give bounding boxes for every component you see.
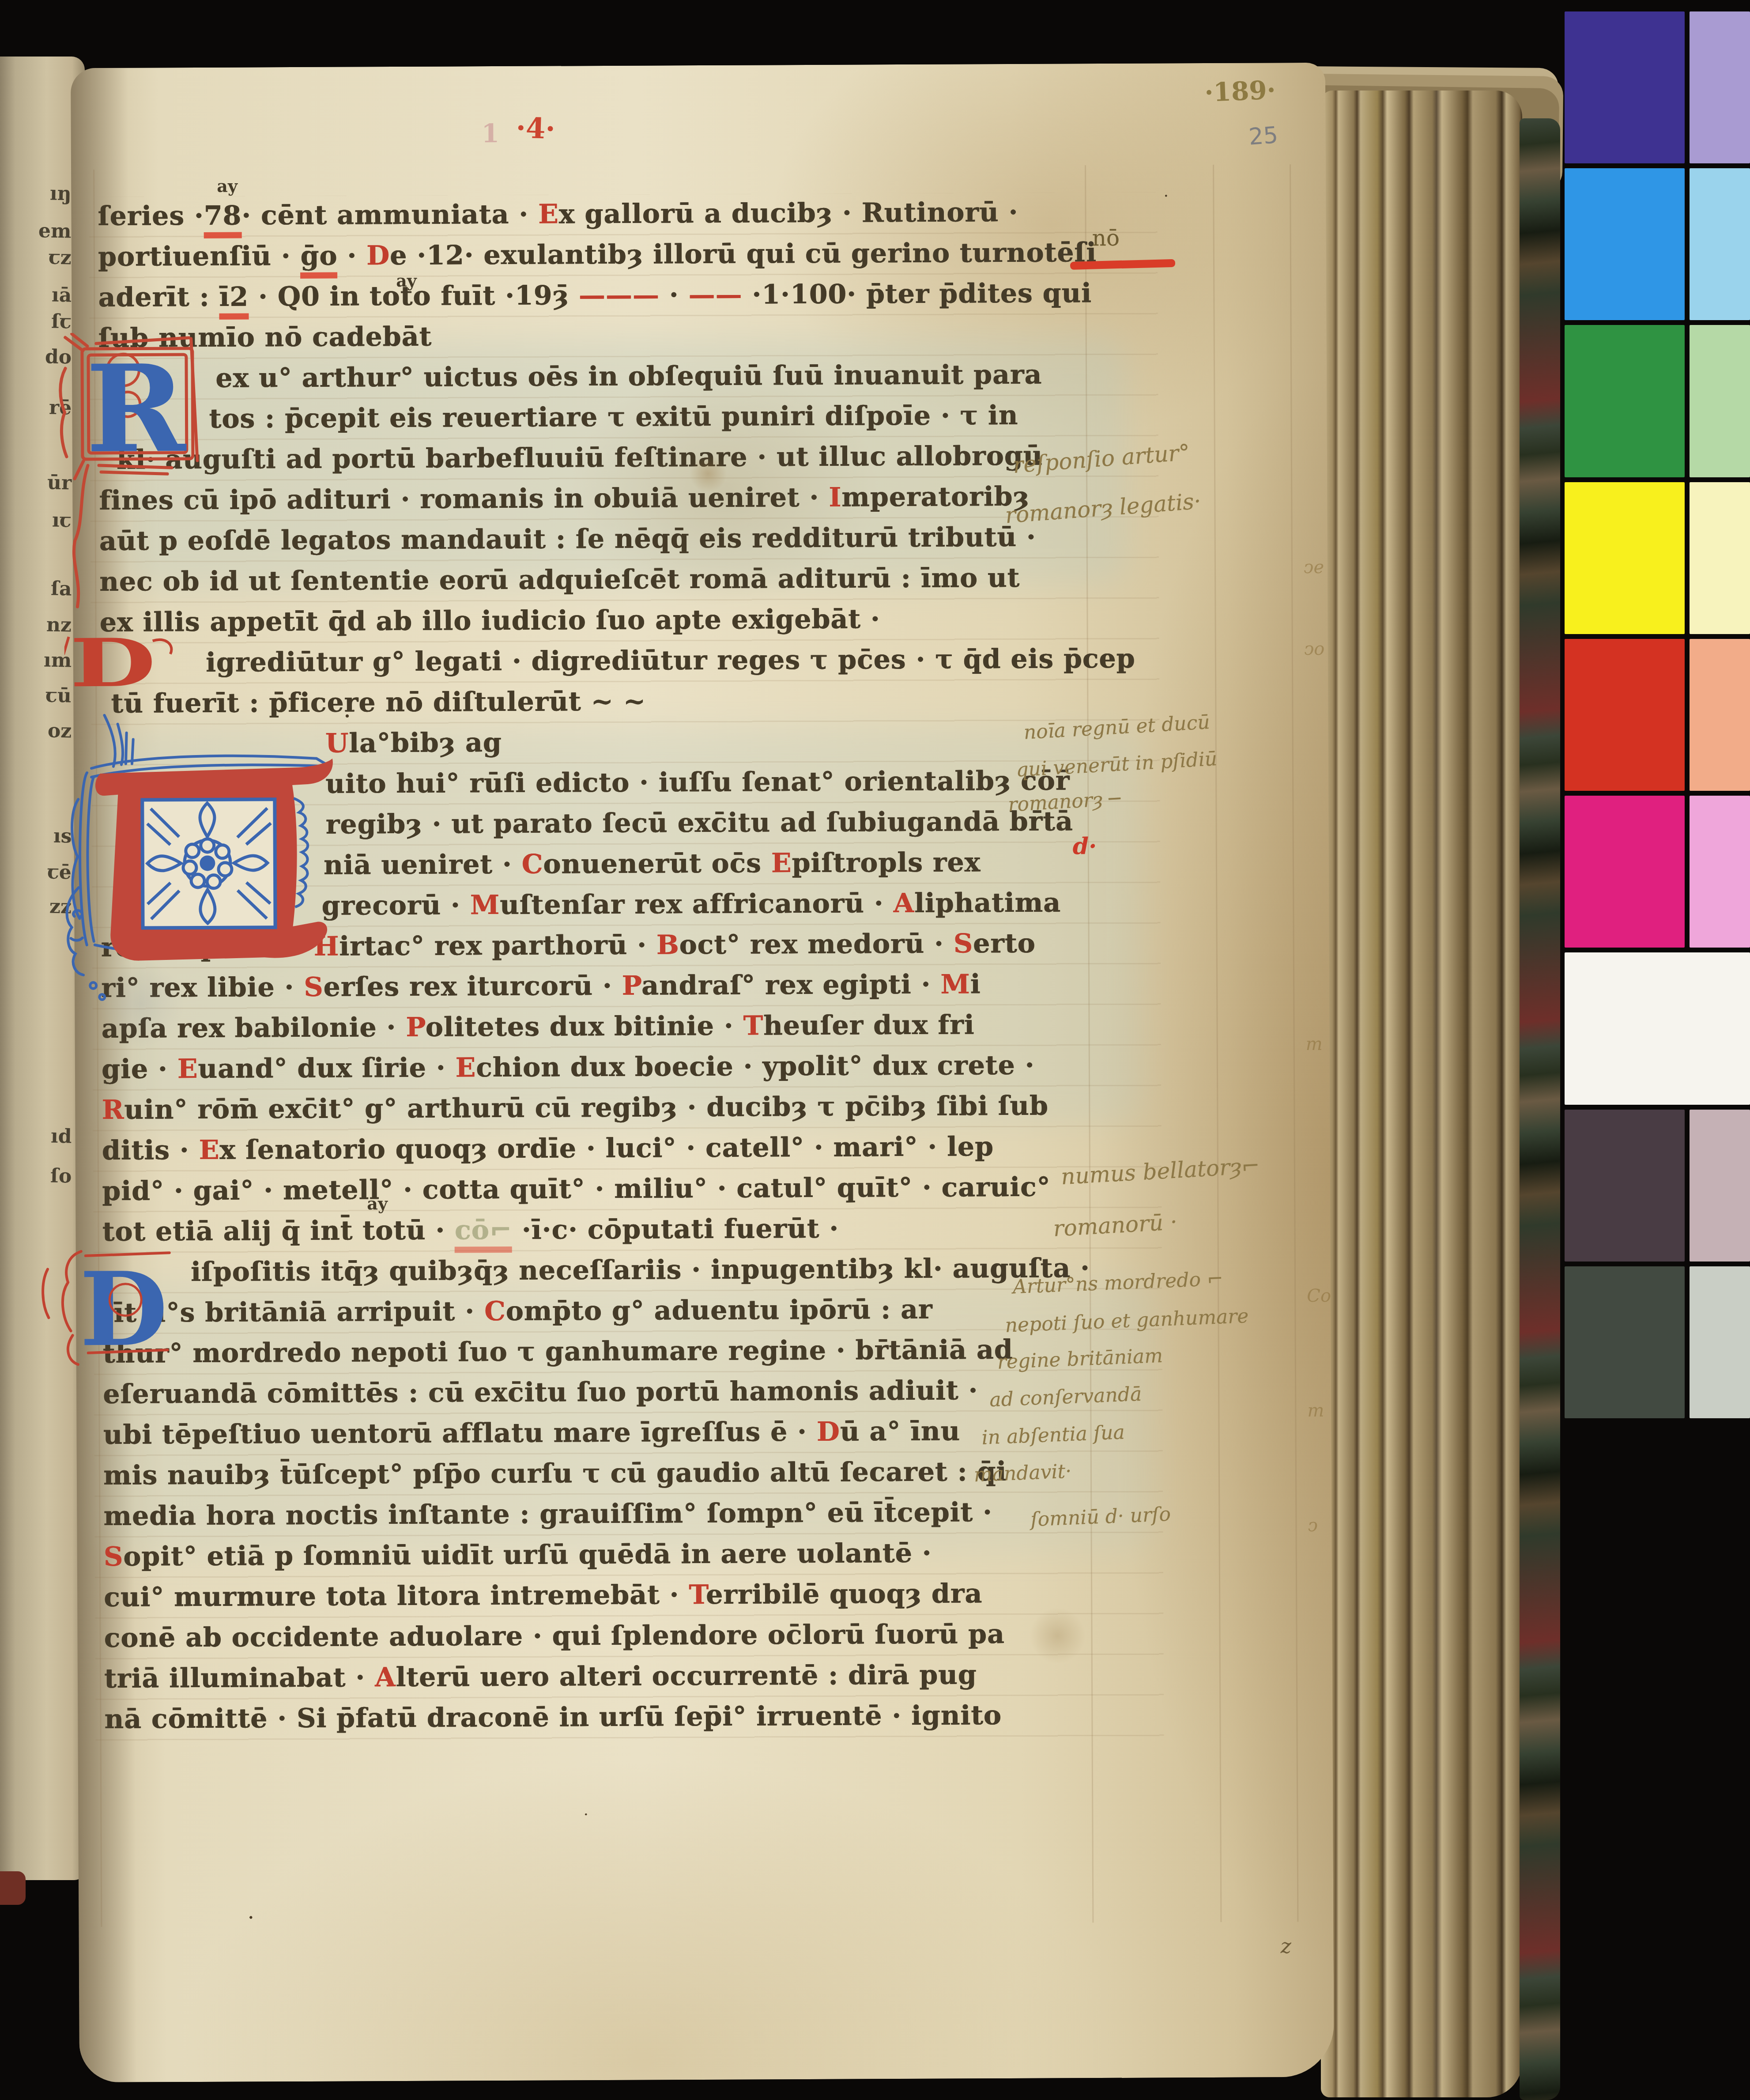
color-chart-row bbox=[1565, 168, 1750, 320]
facing-page-red-edge bbox=[0, 1871, 26, 1905]
rubricated-letter: P bbox=[622, 971, 641, 1001]
text-segment: gie · bbox=[102, 1054, 177, 1085]
color-patch-solid bbox=[1565, 482, 1685, 634]
edge-ink-fragment: m bbox=[1306, 1034, 1323, 1054]
color-chart-row bbox=[1565, 796, 1750, 948]
text-line: aūt p eoſdē legatos mandauit : ſe nēqq̄ … bbox=[99, 516, 1159, 561]
color-patch-tint bbox=[1690, 168, 1750, 320]
svg-text:D: D bbox=[70, 627, 156, 702]
initial-D-red: D bbox=[64, 627, 197, 703]
rubricated-letter: E bbox=[177, 1054, 198, 1084]
text-line: ſub numīo nō cadebāt bbox=[98, 313, 1158, 358]
initial-D-blue: D bbox=[37, 1242, 183, 1366]
facing-page-text-fragment: em bbox=[38, 219, 72, 242]
quire-mark-faint: 1 bbox=[482, 118, 500, 148]
text-segment: x ſenatorio quoqȝ ordīe · luci° · catell… bbox=[219, 1131, 994, 1166]
text-segment: mperatoribȝ bbox=[841, 481, 1030, 513]
marbled-cover-edge bbox=[1520, 118, 1560, 2100]
text-segment: la°bibȝ ag bbox=[349, 727, 502, 759]
margin-note-nomina: noīa regnū et ducūqui venerūt in pſidiūr… bbox=[71, 63, 1325, 68]
text-line: nec ob id ut ſententie eorū adquieſcēt r… bbox=[99, 557, 1159, 602]
text-line: ex illis appetīt q̄d ab illo iudicio ſuo… bbox=[99, 597, 1159, 642]
svg-text:R: R bbox=[86, 339, 188, 480]
margin-note-responsio: reſponſio artur°romanorȝ legatis· bbox=[71, 63, 1325, 68]
facing-page-text-fragment: ſꞇ bbox=[51, 310, 72, 333]
text-segment: opit° etiā p ſomniū uidīt urſū quēdā in … bbox=[123, 1538, 932, 1572]
folio-number-pencil: 25 bbox=[1248, 122, 1279, 151]
text-segment: erſes rex iturcorū · bbox=[323, 971, 622, 1003]
fore-edge-page-stack bbox=[1321, 91, 1522, 2097]
text-segment: heuſer dux fri bbox=[763, 1009, 975, 1041]
facing-page-text-fragment: ſo bbox=[50, 1165, 72, 1188]
superscript-correction: ay bbox=[367, 1194, 388, 1213]
color-chart-row bbox=[1565, 482, 1750, 634]
text-segment: x gallorū a ducibȝ · Rutinorū · bbox=[558, 197, 1018, 230]
ruling-vertical bbox=[1213, 165, 1222, 1922]
rubricated-letter: P bbox=[406, 1012, 426, 1043]
text-segment: cui° murmure tota litora intremebāt · bbox=[104, 1579, 689, 1613]
text-line: iſpoſitis itq̄ȝ quibȝq̄ȝ neceſſariis · i… bbox=[102, 1247, 1162, 1292]
text-line: Ruin° rōm̄ exc̄it° g° arthurū cū regibȝ … bbox=[102, 1085, 1161, 1130]
text-segment: omp̄to g° aduentu ipōrū : ar bbox=[505, 1294, 932, 1327]
text-line: igrediūtur g° legati · digrediūtur reges… bbox=[100, 638, 1159, 683]
text-segment: ū a° īnu bbox=[840, 1416, 961, 1447]
superscript-corrections bbox=[71, 63, 1325, 68]
text-line: gie · Euand° dux ſirie · Echion dux boec… bbox=[102, 1044, 1161, 1089]
color-patch-tint bbox=[1690, 1266, 1750, 1418]
margin-note-numerus: numus bellatorȝ⌐romanorū · bbox=[71, 63, 1325, 68]
text-line: media hora noctis inſtante : grauiſſim° … bbox=[103, 1491, 1163, 1536]
folio-number-ink: ·189· bbox=[1204, 75, 1276, 108]
color-calibration-chart bbox=[1565, 11, 1750, 1418]
rubricated-letter: E bbox=[455, 1052, 476, 1083]
text-segment: olitetes dux bitinie · bbox=[425, 1011, 743, 1043]
text-segment: ubi tēpeſtiuo uentorū afflatu mare īgreſ… bbox=[103, 1416, 816, 1450]
text-segment: andraſ° rex egipti · bbox=[641, 969, 940, 1001]
text-segment: irtac° rex parthorū · bbox=[339, 929, 656, 962]
text-line: Sopit° etiā p ſomniū uidīt urſū quēdā in… bbox=[104, 1532, 1163, 1577]
color-chart-row bbox=[1565, 325, 1750, 477]
edge-ink-fragment: m bbox=[1307, 1401, 1324, 1421]
text-line: nā cōmittē · Si p̄fatū draconē in urſū ſ… bbox=[104, 1694, 1164, 1739]
svg-text:D: D bbox=[79, 1250, 168, 1366]
text-line: pid° · gai° · metell° · cotta quīt° · mi… bbox=[102, 1166, 1162, 1211]
facing-page-text-fragment: ꞇz bbox=[49, 246, 72, 269]
facing-page-text-fragment: ıd bbox=[50, 1125, 72, 1148]
color-patch-solid bbox=[1565, 639, 1685, 791]
rubricated-letter: R bbox=[102, 1095, 124, 1126]
text-segment: ditis · bbox=[102, 1135, 199, 1166]
text-line: īt u°s britāniā arripuit · Comp̄to g° ad… bbox=[102, 1288, 1162, 1333]
superscript-correction: ay bbox=[217, 176, 238, 196]
color-chart-row bbox=[1565, 952, 1750, 1104]
rubricated-letter: I bbox=[829, 482, 841, 513]
text-line: portiuenſiū · ḡo · De ·12· exulantibȝ il… bbox=[98, 232, 1158, 277]
text-segment: i bbox=[970, 969, 981, 1000]
rubricated-letter: E bbox=[771, 848, 792, 879]
rubricated-letter: B bbox=[656, 929, 679, 960]
text-segment: · bbox=[660, 279, 689, 310]
text-segment: cō⌐ bbox=[455, 1215, 512, 1253]
rubricated-letter: ——— bbox=[579, 279, 660, 311]
rubricated-letter: S bbox=[104, 1541, 124, 1572]
ruling-vertical bbox=[1290, 164, 1298, 1922]
text-segment: · bbox=[337, 240, 366, 271]
text-segment: liphatima bbox=[914, 887, 1061, 918]
margin-note-nota: nō bbox=[1092, 225, 1120, 251]
manuscript-leaf: ·189· 25 1 ·4· ſeries ·78· cēnt ammuniat… bbox=[71, 63, 1334, 2082]
color-chart-row bbox=[1565, 1110, 1750, 1262]
text-line: kl· auguſti ad portū barbefluuiū feſtina… bbox=[99, 435, 1158, 480]
rubricated-letter: M bbox=[470, 890, 500, 921]
text-segment: e ·12· exulantibȝ illorū qui cū gerino t… bbox=[390, 237, 1097, 271]
color-patch-solid bbox=[1565, 796, 1685, 948]
color-patch-solid bbox=[1565, 325, 1685, 477]
text-segment: piſtropls rex bbox=[792, 847, 981, 879]
text-segment: ḡo bbox=[300, 241, 337, 279]
edge-ink-fragment: ↄo bbox=[1304, 639, 1325, 659]
text-segment: aderīt : bbox=[98, 282, 219, 313]
rubricated-letter: A bbox=[375, 1662, 396, 1693]
edge-ink-fragment: ↄe bbox=[1304, 557, 1324, 578]
text-line: conē ab occidente aduolare · qui ſplendo… bbox=[104, 1613, 1163, 1658]
margin-note-commissio: Artur°ns mordredo ⌐nepoti ſuo et ganhuma… bbox=[71, 63, 1325, 68]
text-line: ditis · Ex ſenatorio quoqȝ ordīe · luci°… bbox=[102, 1126, 1162, 1171]
rubricated-letter: T bbox=[743, 1010, 763, 1041]
initial-L-illuminated bbox=[51, 697, 335, 1007]
corner-mark-z: z bbox=[1281, 1934, 1291, 1958]
text-segment: · cēnt ammuniata · bbox=[241, 199, 538, 231]
rubricated-letter: D bbox=[366, 240, 390, 271]
margin-red-d: d· bbox=[1073, 833, 1097, 860]
quire-mark: ·4· bbox=[516, 111, 556, 146]
manuscript-photo: ıŋemꞇzıāſꞇdorēūrıꞇſanzımꞇūozısꞇēzzıdſo ·… bbox=[0, 0, 1750, 2100]
initial-R-decorated: R bbox=[57, 332, 226, 616]
text-segment: lterū uero alteri occurrentē : dirā pug bbox=[396, 1659, 977, 1693]
text-segment: chion dux boecie · ypolit° dux crete · bbox=[476, 1050, 1035, 1084]
text-segment: ſeries · bbox=[98, 200, 204, 232]
color-patch-tint bbox=[1690, 639, 1750, 791]
text-line: fines cū ipō adituri · romanis in obuiā … bbox=[99, 476, 1158, 521]
text-segment: ·1·100· p̄ter p̄dites qui bbox=[742, 278, 1092, 310]
rubricated-letter: E bbox=[538, 199, 559, 230]
text-line: tot etiā alij q̄ int̄ totū · cō⌐ ·ī·c· c… bbox=[102, 1207, 1162, 1252]
text-segment: ·ī·c· cōputati fuerūt · bbox=[512, 1213, 839, 1246]
text-line: tos : p̄cepit eis reuertiare τ exitū pun… bbox=[98, 394, 1158, 439]
text-segment: 78 bbox=[204, 200, 241, 238]
color-patch-tint bbox=[1690, 1110, 1750, 1262]
superscript-correction: ay bbox=[396, 271, 417, 291]
color-patch-solid bbox=[1565, 1110, 1685, 1262]
rubricated-letter: A bbox=[893, 888, 914, 919]
text-segment: oct° rex medorū · bbox=[679, 929, 953, 961]
color-chart-row bbox=[1565, 1266, 1750, 1418]
rubricated-letter: M bbox=[940, 969, 970, 1000]
edge-ink-fragment: Co bbox=[1307, 1286, 1331, 1306]
color-chart-row bbox=[1565, 639, 1750, 791]
color-patch-solid bbox=[1565, 11, 1685, 163]
text-line: ex u° arthur° uictus oēs in obſequiū ſuū… bbox=[98, 354, 1158, 399]
text-segment: ī2 bbox=[219, 281, 249, 319]
color-patch-solid bbox=[1565, 168, 1685, 320]
text-segment: grecorū · bbox=[321, 890, 470, 921]
color-chart-row bbox=[1565, 11, 1750, 163]
facing-page-text-fragment: ıŋ bbox=[50, 182, 72, 205]
margin-note-line: mandavit· bbox=[973, 1460, 1072, 1487]
color-patch-tint bbox=[1690, 796, 1750, 948]
rubricated-letter: C bbox=[484, 1296, 506, 1327]
text-segment: uin° rōm̄ exc̄it° g° arthurū cū regibȝ ·… bbox=[124, 1091, 1048, 1126]
text-segment: uand° dux ſirie · bbox=[198, 1052, 455, 1084]
text-segment: niā ueniret · bbox=[324, 849, 522, 881]
text-segment: triā illuminabat · bbox=[104, 1662, 375, 1694]
color-patch-tint bbox=[1690, 11, 1750, 163]
text-line: ſeries ·78· cēnt ammuniata · Ex gallorū … bbox=[98, 191, 1157, 236]
text-segment: onuenerūt oc̄s bbox=[543, 848, 771, 880]
text-segment: uſtenſar rex affricanorū · bbox=[500, 888, 894, 921]
rubricated-letter: S bbox=[953, 928, 973, 959]
text-segment: erto bbox=[973, 928, 1036, 959]
text-line: triā illuminabat · Alterū uero alteri oc… bbox=[104, 1654, 1164, 1699]
color-patch-tint bbox=[1690, 482, 1750, 634]
text-line: apſa rex babilonie · Politetes dux bitin… bbox=[101, 1004, 1161, 1049]
rubricated-letter: D bbox=[817, 1416, 840, 1447]
text-line: aderīt : ī2 · Q0 in toto fuīt ·19ȝ̄ ——— … bbox=[98, 272, 1158, 317]
edge-ink-fragment: ↄ bbox=[1308, 1515, 1318, 1536]
color-patch bbox=[1565, 952, 1750, 1104]
text-line: cui° murmure tota litora intremebāt · Te… bbox=[104, 1572, 1163, 1617]
facing-page-text-fragment: ıā bbox=[51, 284, 72, 307]
text-segment: portiuenſiū · bbox=[98, 241, 301, 272]
margin-edge-fragments: ↄeↄomComↄ bbox=[71, 63, 1325, 68]
rubricated-letter: T bbox=[689, 1579, 706, 1610]
text-segment: apſa rex babilonie · bbox=[101, 1012, 406, 1044]
color-patch-tint bbox=[1690, 325, 1750, 477]
text-segment: erribilē quoqȝ dra bbox=[706, 1578, 982, 1610]
rubricated-letter: —— bbox=[688, 279, 742, 311]
color-patch-solid bbox=[1565, 1266, 1685, 1418]
rubricated-letter: E bbox=[199, 1135, 219, 1166]
rubricated-letter: C bbox=[521, 849, 543, 880]
